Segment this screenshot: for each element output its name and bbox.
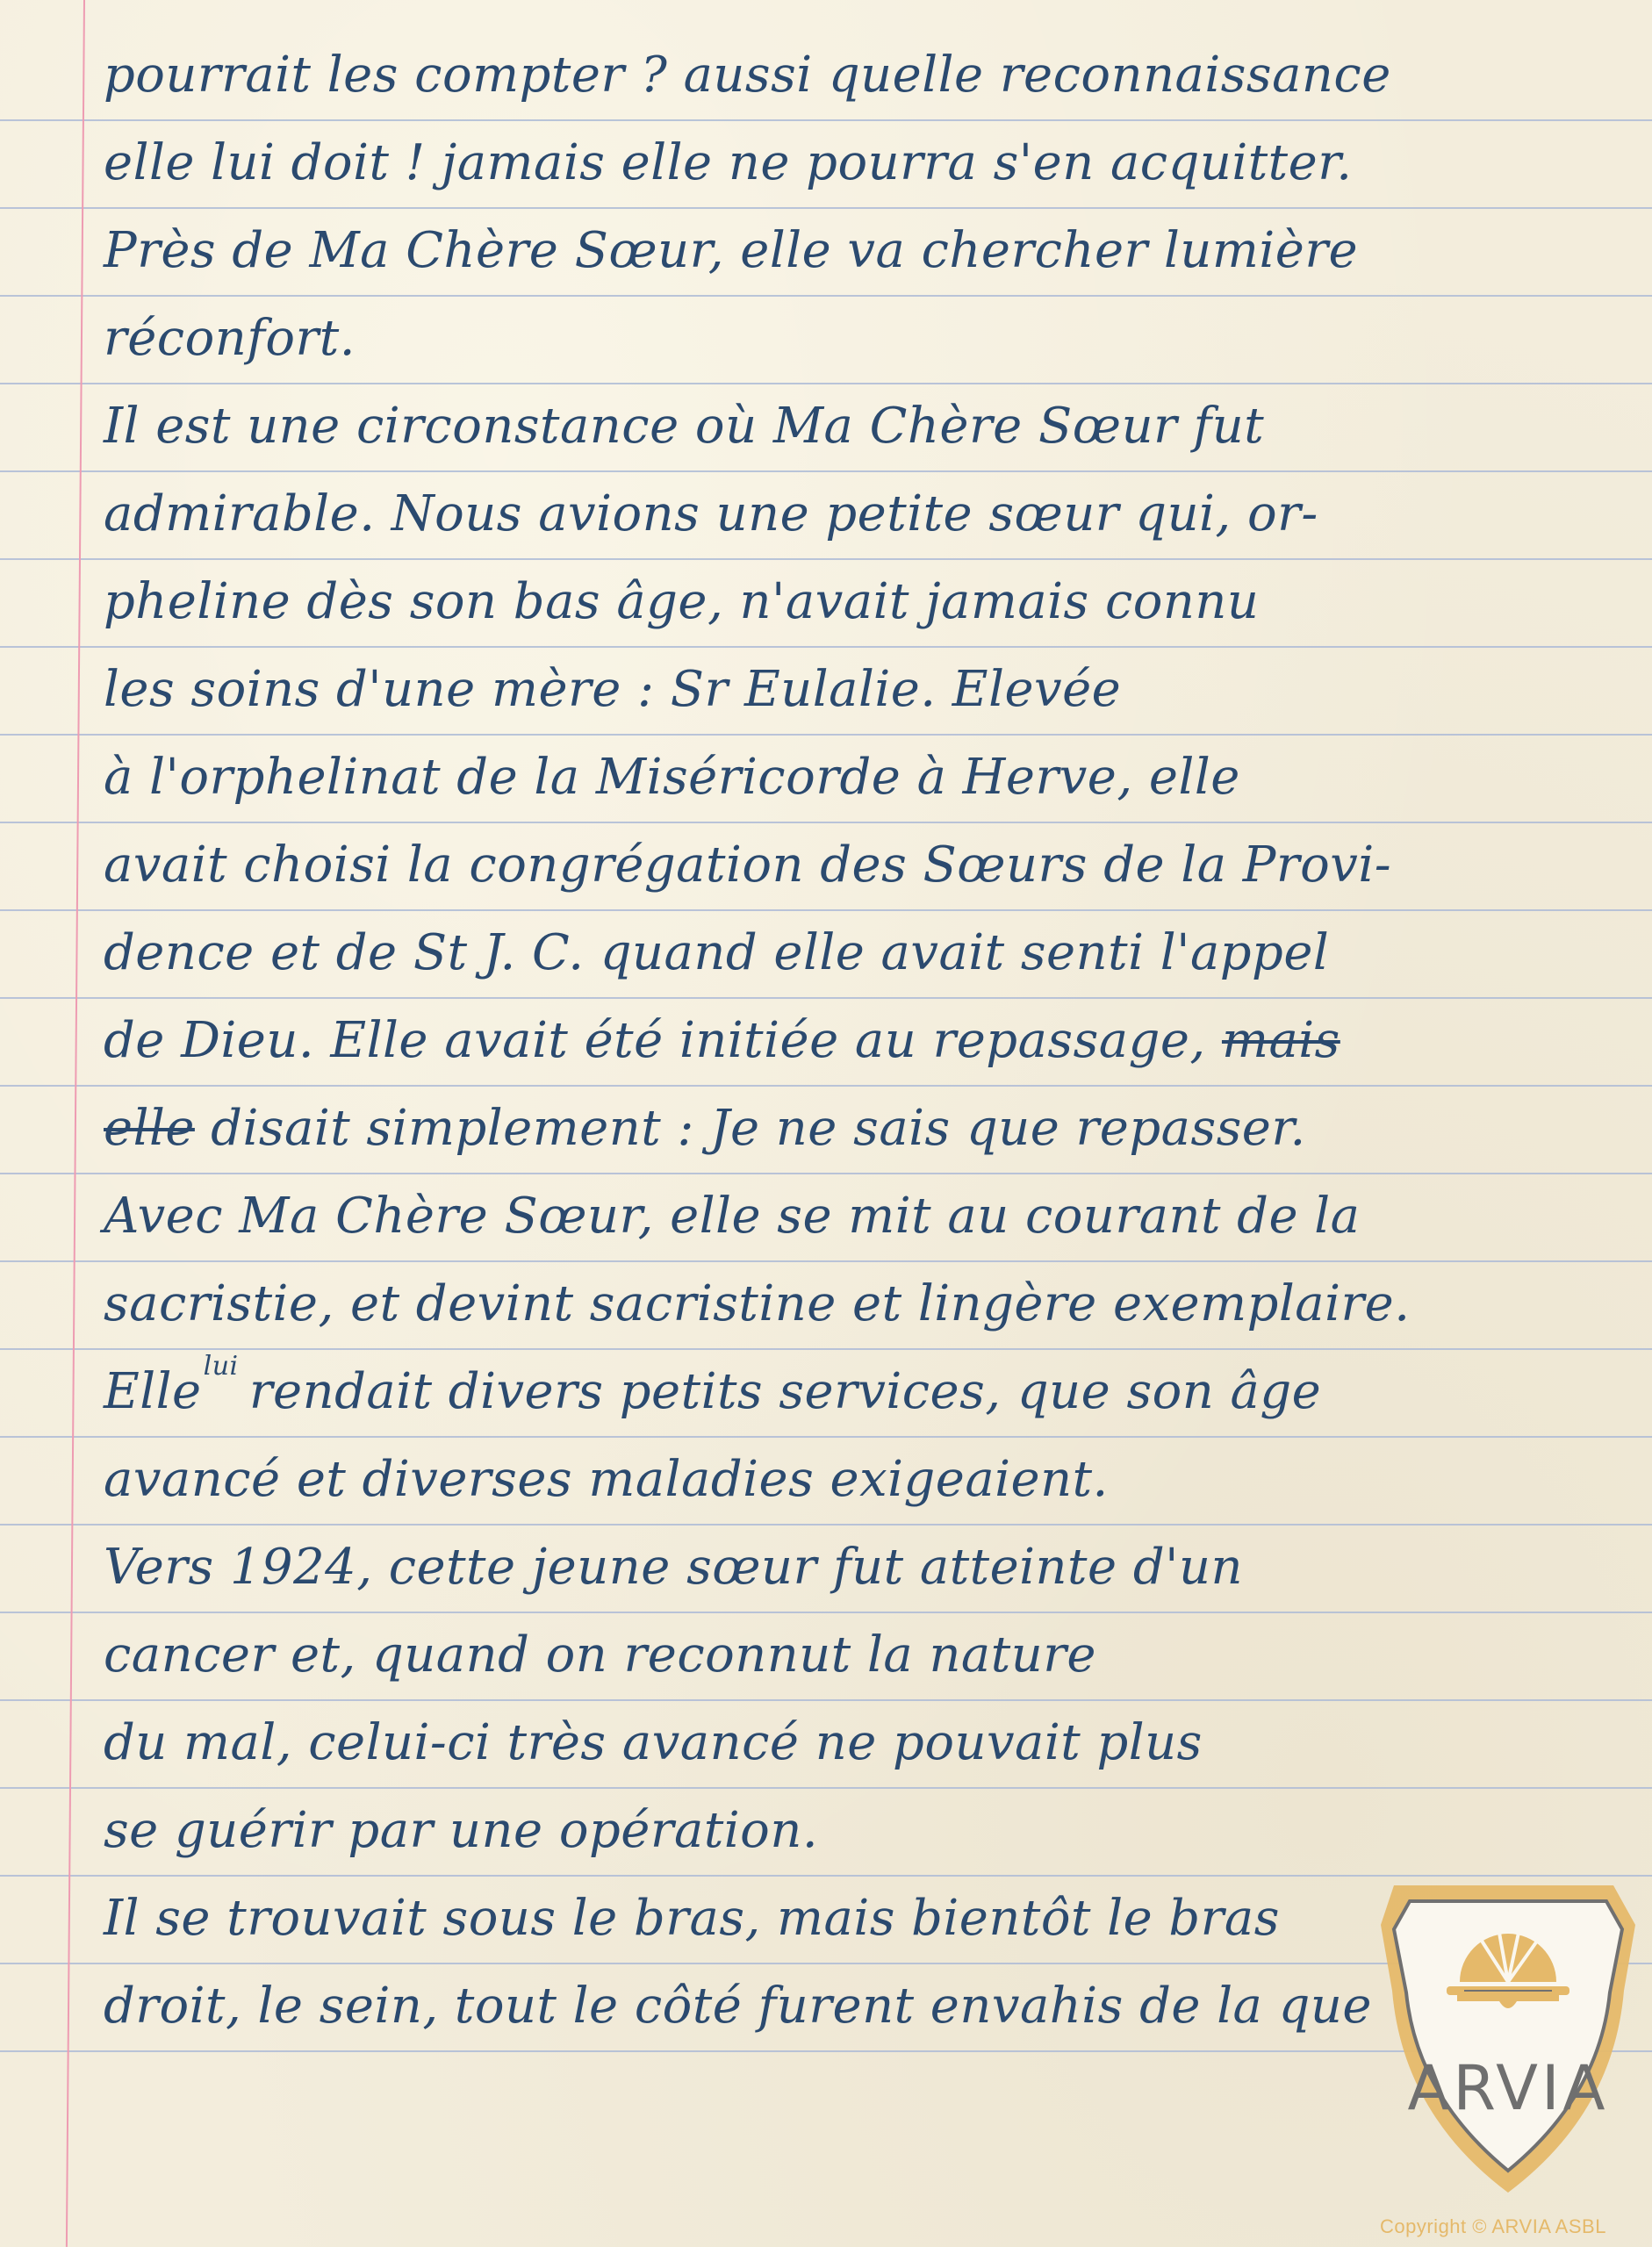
watermark-label: ARVIA <box>1376 2052 1640 2124</box>
text-line: Avec Ma Chère Sœur, elle se mit au coura… <box>104 1173 1641 1260</box>
text-line: avait choisi la congrégation des Sœurs d… <box>104 822 1641 909</box>
struck-word: elle <box>104 1085 195 1173</box>
text-line: à l'orphelinat de la Miséricorde à Herve… <box>104 734 1641 822</box>
text-line: du mal, celui-ci très avancé ne pouvait … <box>104 1699 1641 1787</box>
text-line: dence et de St J. C. quand elle avait se… <box>104 909 1641 997</box>
text-line: cancer et, quand on reconnut la nature <box>104 1612 1641 1699</box>
text-line: sacristie, et devint sacristine et lingè… <box>104 1260 1641 1348</box>
text-line: réconfort. <box>104 295 1641 383</box>
open-book-shield-icon <box>1376 1877 1640 2201</box>
struck-word: mais <box>1222 997 1340 1085</box>
text-line: avancé et diverses maladies exigeaient. <box>104 1436 1641 1524</box>
text-line: admirable. Nous avions une petite sœur q… <box>104 470 1641 558</box>
text-line: Il est une circonstance où Ma Chère Sœur… <box>104 383 1641 470</box>
superscript-insertion: lui <box>204 1323 239 1411</box>
text-line: de Dieu. Elle avait été initiée au repas… <box>104 997 1641 1085</box>
copyright-notice: Copyright © ARVIA ASBL <box>1380 2215 1606 2238</box>
margin-line <box>66 0 85 2247</box>
text-line: elle disait simplement : Je ne sais que … <box>104 1085 1641 1173</box>
text-line: les soins d'une mère : Sr Eulalie. Elevé… <box>104 646 1641 734</box>
text-line: pheline dès son bas âge, n'avait jamais … <box>104 558 1641 646</box>
text-line: elle lui doit ! jamais elle ne pourra s'… <box>104 119 1641 207</box>
notebook-page: pourrait les compter ? aussi quelle reco… <box>0 0 1652 2247</box>
text-line: se guérir par une opération. <box>104 1787 1641 1875</box>
text-line: Près de Ma Chère Sœur, elle va chercher … <box>104 207 1641 295</box>
text-line: Vers 1924, cette jeune sœur fut atteinte… <box>104 1524 1641 1612</box>
text-line: pourrait les compter ? aussi quelle reco… <box>104 32 1641 119</box>
arvia-watermark: ARVIA <box>1376 1877 1640 2201</box>
text-line: Ellelui rendait divers petits services, … <box>104 1348 1641 1436</box>
